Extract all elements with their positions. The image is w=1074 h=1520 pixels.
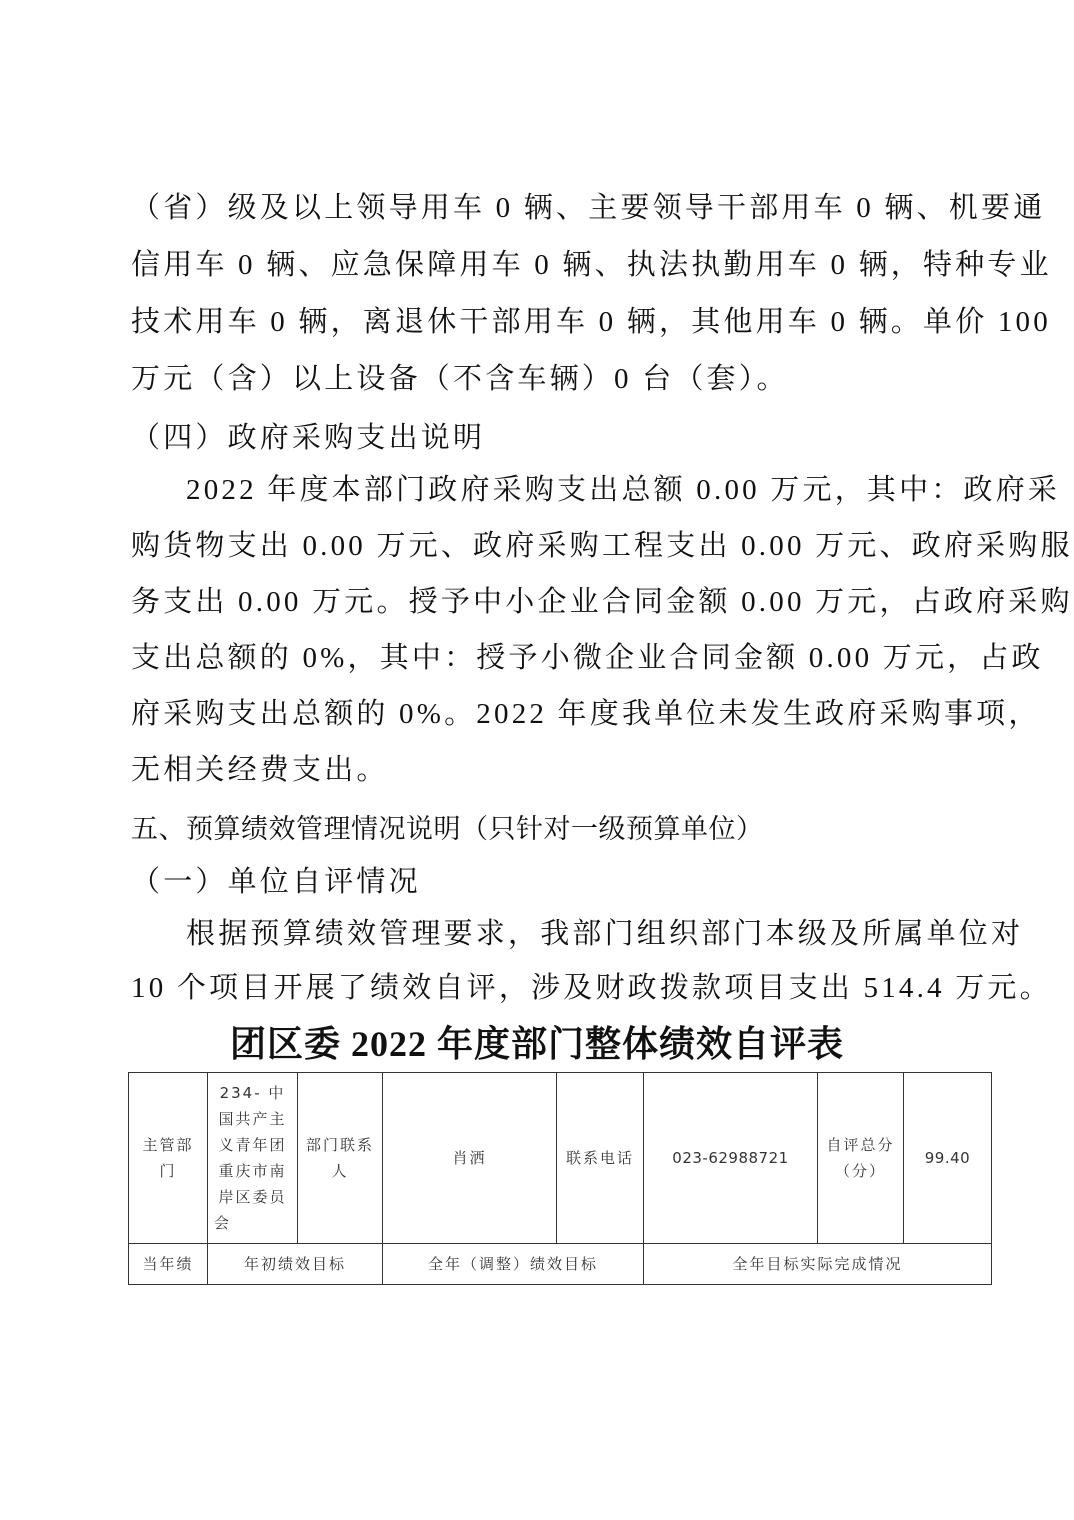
dept-label-cell: 主管部门 [129,1073,208,1244]
performance-eval-table: 主管部门 234- 中国共产主义青年团重庆市南岸区委员会 部门联系人 肖洒 联系… [128,1072,992,1285]
paragraph-self-eval-line-2: 10 个项目开展了绩效自评，涉及财政拨款项目支出 514.4 万元。 [131,968,946,1008]
paragraph-procurement-line-4: 支出总额的 0%，其中：授予小微企业合同金额 0.00 万元，占政 [131,638,946,678]
contact-value-cell: 肖洒 [383,1073,557,1244]
paragraph-self-eval-line-1: 根据预算绩效管理要求，我部门组织部门本级及所属单位对 [186,914,1001,954]
paragraph-vehicles-line-2: 信用车 0 辆、应急保障用车 0 辆、执法执勤用车 0 辆，特种专业 [131,245,946,285]
paragraph-procurement-line-5: 府采购支出总额的 0%。2022 年度我单位未发生政府采购事项， [131,694,946,734]
phone-value-cell: 023-62988721 [644,1073,818,1244]
dept-value-cell: 234- 中国共产主义青年团重庆市南岸区委员会 [208,1073,298,1244]
section-heading-procurement: （四）政府采购支出说明 [131,418,946,458]
paragraph-vehicles-line-4: 万元（含）以上设备（不含车辆）0 台（套）。 [131,359,946,399]
score-value-cell: 99.40 [904,1073,992,1244]
initial-goal-header-cell: 年初绩效目标 [208,1244,383,1285]
document-page: （省）级及以上领导用车 0 辆、主要领导干部用车 0 辆、机要通 信用车 0 辆… [0,0,1074,1520]
phone-label-cell: 联系电话 [557,1073,644,1244]
subsection-heading-self-eval: （一）单位自评情况 [131,862,946,902]
contact-label-cell: 部门联系人 [298,1073,383,1244]
paragraph-procurement-line-6: 无相关经费支出。 [131,750,946,790]
annual-performance-label-cell: 当年绩 [129,1244,208,1285]
table-row: 当年绩 年初绩效目标 全年（调整）绩效目标 全年目标实际完成情况 [129,1244,992,1285]
paragraph-procurement-line-2: 购货物支出 0.00 万元、政府采购工程支出 0.00 万元、政府采购服 [131,526,946,566]
paragraph-procurement-line-1: 2022 年度本部门政府采购支出总额 0.00 万元，其中：政府采 [186,470,1001,510]
table-row: 主管部门 234- 中国共产主义青年团重庆市南岸区委员会 部门联系人 肖洒 联系… [129,1073,992,1244]
paragraph-vehicles-line-3: 技术用车 0 辆，离退休干部用车 0 辆，其他用车 0 辆。单价 100 [131,302,946,342]
adjusted-goal-header-cell: 全年（调整）绩效目标 [383,1244,644,1285]
table-title: 团区委 2022 年度部门整体绩效自评表 [0,1022,1074,1066]
actual-completion-header-cell: 全年目标实际完成情况 [644,1244,992,1285]
paragraph-procurement-line-3: 务支出 0.00 万元。授予中小企业合同金额 0.00 万元，占政府采购 [131,582,946,622]
score-label-cell: 自评总分（分） [818,1073,904,1244]
section-heading-performance: 五、预算绩效管理情况说明（只针对一级预算单位） [131,810,946,850]
paragraph-vehicles-line-1: （省）级及以上领导用车 0 辆、主要领导干部用车 0 辆、机要通 [131,188,946,228]
